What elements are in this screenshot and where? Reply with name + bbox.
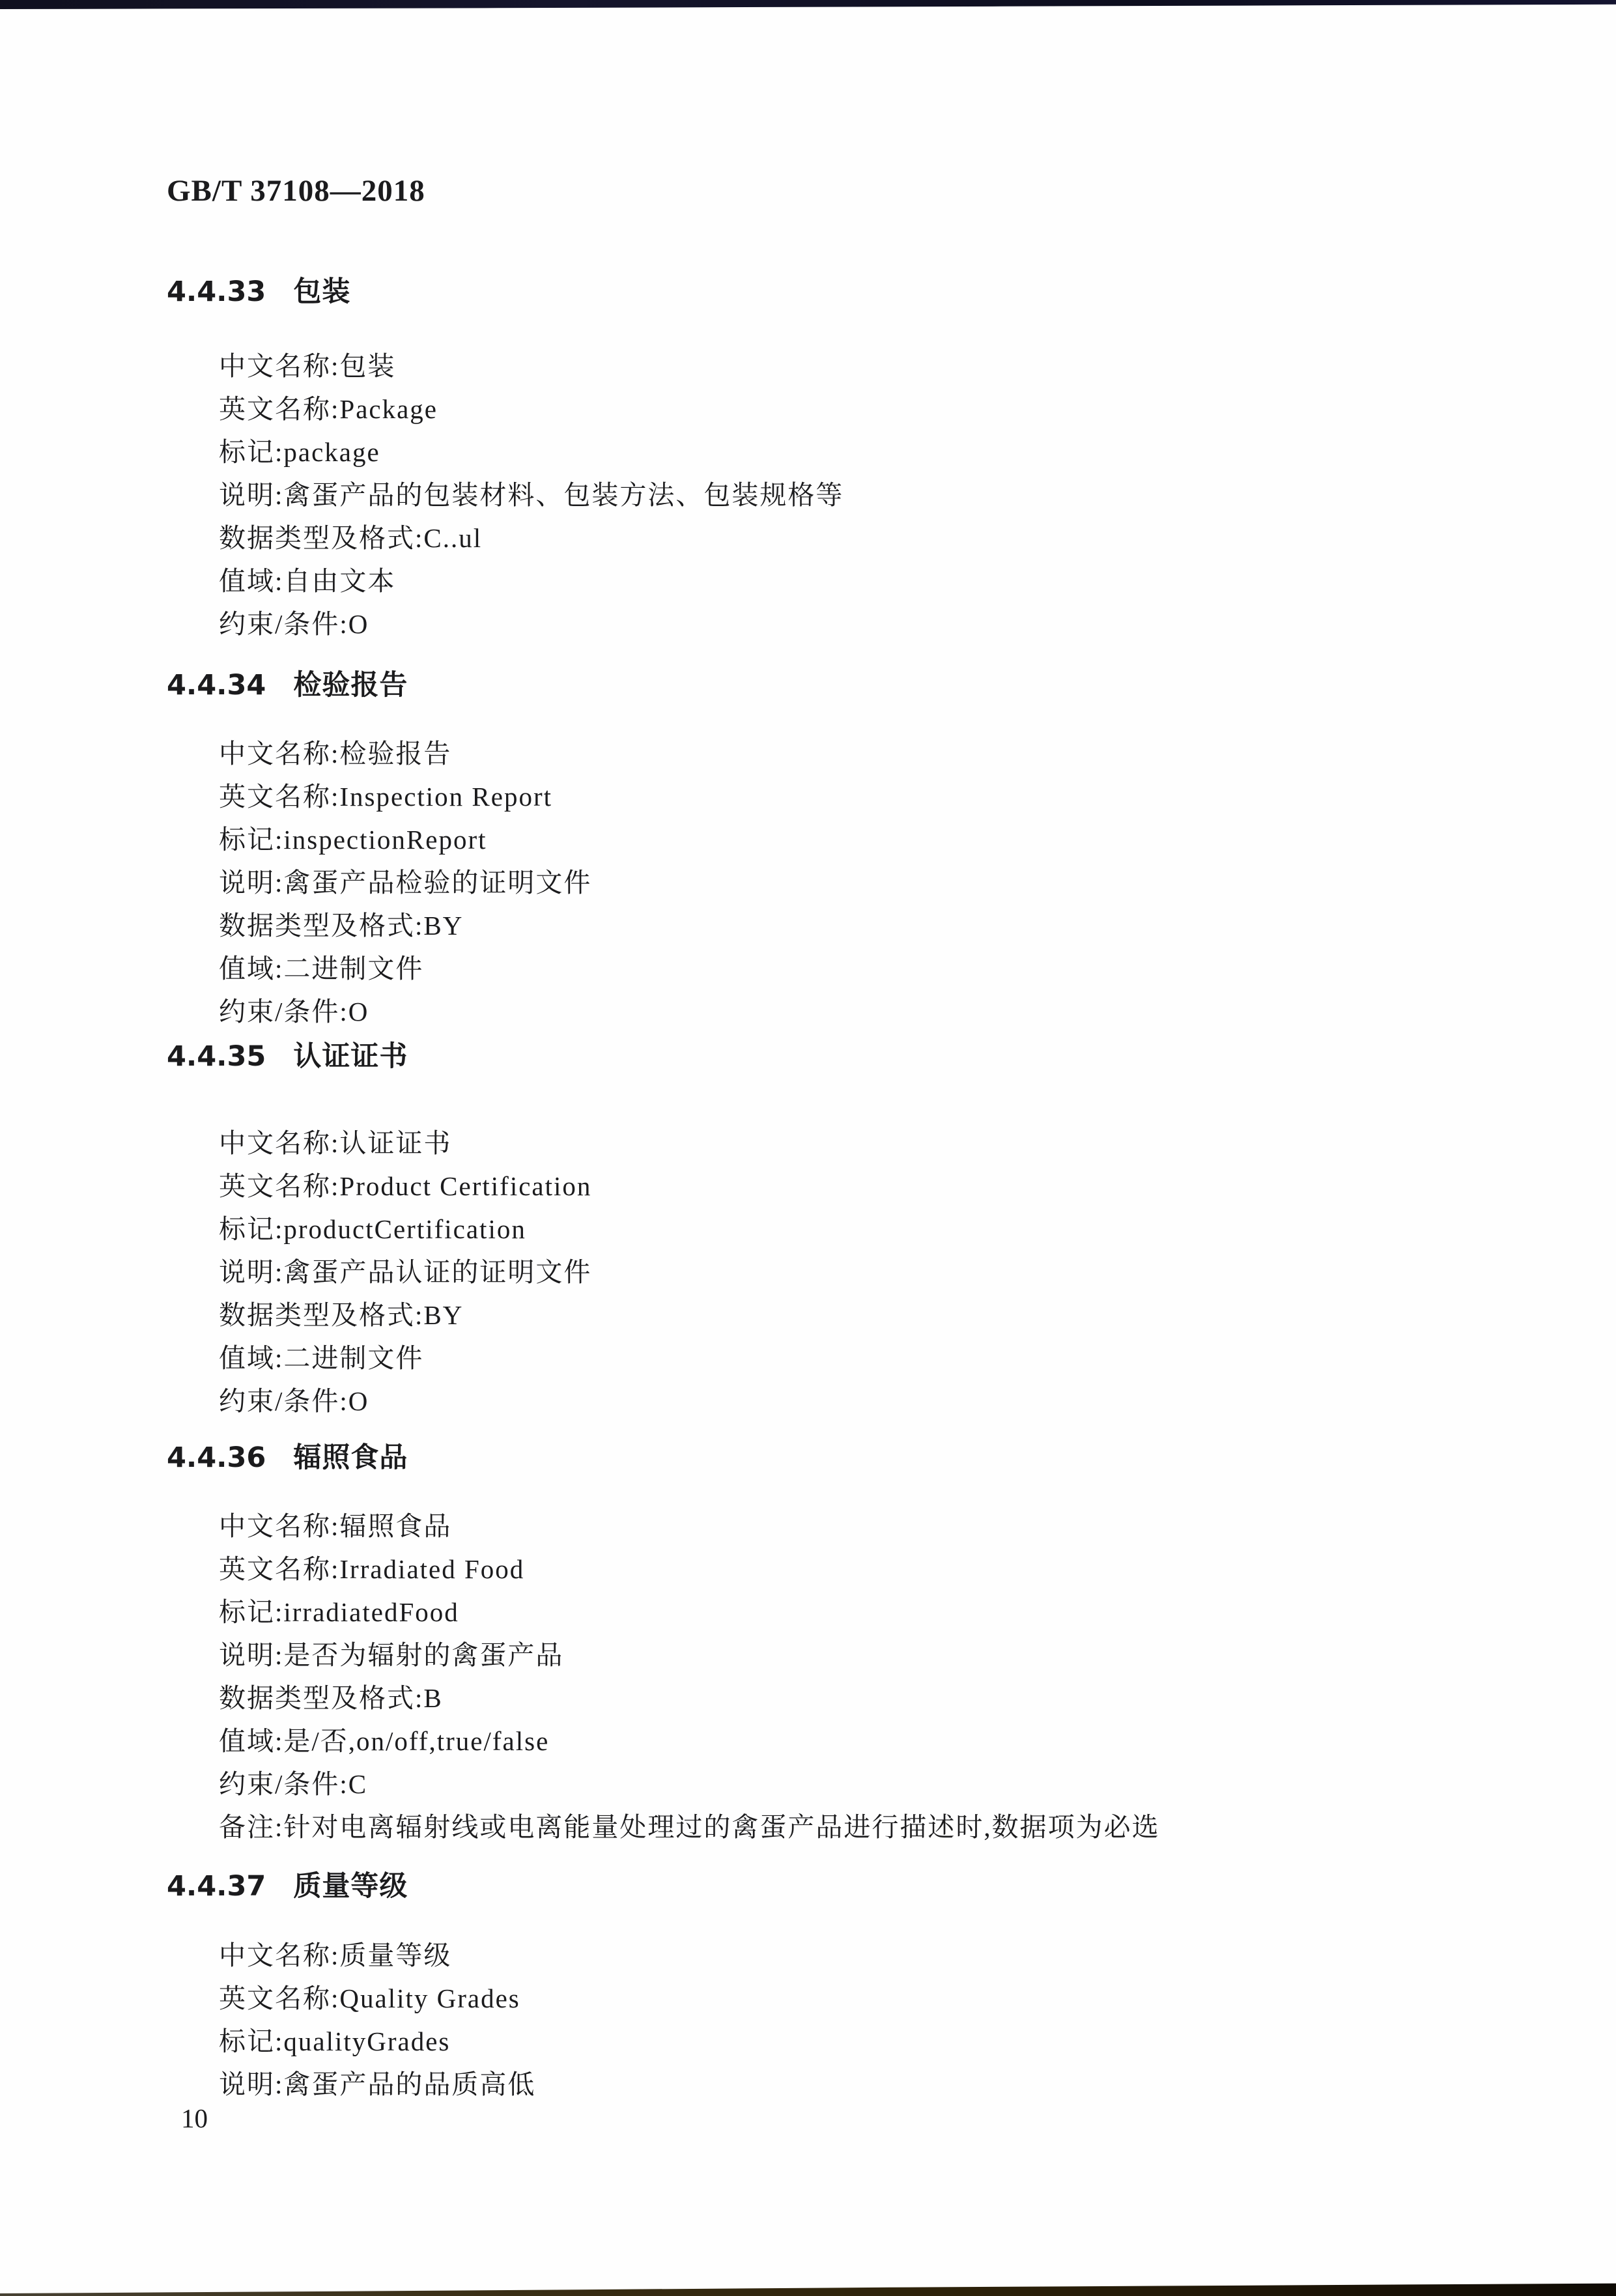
field-line: 标记:irradiatedFood — [219, 1591, 1499, 1634]
field-line: 值域:二进制文件 — [219, 1337, 1499, 1380]
section-number: 4.4.35 — [167, 1040, 266, 1073]
section-heading: 4.4.36辐照食品 — [167, 1439, 1499, 1476]
field-line: 中文名称:认证证书 — [219, 1122, 1499, 1165]
field-line: 中文名称:检验报告 — [219, 732, 1499, 775]
field-line: 英文名称:Irradiated Food — [219, 1548, 1499, 1591]
field-line: 数据类型及格式:C..ul — [219, 517, 1499, 560]
document-page: GB/T 37108—2018 4.4.33包装 中文名称:包装 英文名称:Pa… — [0, 0, 1616, 2296]
field-line: 数据类型及格式:BY — [219, 1294, 1499, 1337]
field-line: 数据类型及格式:BY — [219, 904, 1499, 947]
field-line: 约束/条件:O — [219, 1380, 1499, 1423]
field-line: 英文名称:Package — [219, 388, 1499, 431]
section-heading: 4.4.34检验报告 — [167, 667, 1499, 703]
section-number: 4.4.34 — [167, 669, 266, 702]
section-body: 中文名称:检验报告 英文名称:Inspection Report 标记:insp… — [219, 732, 1499, 1033]
scan-edge-bottom — [0, 2282, 1616, 2296]
section-4-4-36: 4.4.36辐照食品 中文名称:辐照食品 英文名称:Irradiated Foo… — [167, 1439, 1499, 1849]
field-line: 说明:是否为辐射的禽蛋产品 — [219, 1634, 1499, 1677]
section-number: 4.4.37 — [167, 1870, 266, 1903]
section-4-4-35: 4.4.35认证证书 中文名称:认证证书 英文名称:Product Certif… — [167, 1038, 1499, 1423]
field-line: 标记:package — [219, 431, 1499, 474]
section-title: 质量等级 — [293, 1870, 408, 1903]
field-line: 说明:禽蛋产品检验的证明文件 — [219, 861, 1499, 904]
section-number: 4.4.33 — [167, 276, 266, 308]
section-heading: 4.4.35认证证书 — [167, 1038, 1499, 1075]
field-line: 标记:qualityGrades — [219, 2020, 1499, 2063]
field-line: 说明:禽蛋产品的品质高低 — [219, 2063, 1499, 2106]
field-line: 中文名称:质量等级 — [219, 1934, 1499, 1977]
section-body: 中文名称:质量等级 英文名称:Quality Grades 标记:quality… — [219, 1934, 1499, 2106]
section-4-4-37: 4.4.37质量等级 中文名称:质量等级 英文名称:Quality Grades… — [167, 1868, 1499, 2106]
section-heading: 4.4.33包装 — [167, 274, 1499, 310]
field-line: 英文名称:Inspection Report — [219, 775, 1499, 818]
field-line: 值域:二进制文件 — [219, 947, 1499, 990]
field-line: 约束/条件:C — [219, 1763, 1499, 1806]
field-line: 备注:针对电离辐射线或电离能量处理过的禽蛋产品进行描述时,数据项为必选 — [219, 1806, 1499, 1849]
field-line: 标记:productCertification — [219, 1208, 1499, 1251]
field-line: 说明:禽蛋产品的包装材料、包装方法、包装规格等 — [219, 474, 1499, 517]
section-title: 认证证书 — [293, 1040, 408, 1073]
section-title: 辐照食品 — [293, 1441, 408, 1474]
section-heading: 4.4.37质量等级 — [167, 1868, 1499, 1905]
field-line: 说明:禽蛋产品认证的证明文件 — [219, 1251, 1499, 1294]
field-line: 值域:自由文本 — [219, 560, 1499, 602]
field-line: 中文名称:辐照食品 — [219, 1505, 1499, 1548]
field-line: 英文名称:Quality Grades — [219, 1977, 1499, 2020]
field-line: 值域:是/否,on/off,true/false — [219, 1720, 1499, 1763]
section-title: 检验报告 — [293, 669, 408, 702]
field-line: 数据类型及格式:B — [219, 1677, 1499, 1720]
doc-number: GB/T 37108—2018 — [167, 173, 425, 208]
field-line: 约束/条件:O — [219, 602, 1499, 645]
section-body: 中文名称:包装 英文名称:Package 标记:package 说明:禽蛋产品的… — [219, 345, 1499, 645]
scan-edge-top — [0, 0, 1616, 9]
section-body: 中文名称:认证证书 英文名称:Product Certification 标记:… — [219, 1122, 1499, 1423]
field-line: 英文名称:Product Certification — [219, 1165, 1499, 1208]
page-number: 10 — [181, 2099, 208, 2138]
section-number: 4.4.36 — [167, 1441, 266, 1474]
field-line: 约束/条件:O — [219, 990, 1499, 1033]
section-body: 中文名称:辐照食品 英文名称:Irradiated Food 标记:irradi… — [219, 1505, 1499, 1849]
section-title: 包装 — [293, 276, 350, 308]
section-4-4-34: 4.4.34检验报告 中文名称:检验报告 英文名称:Inspection Rep… — [167, 667, 1499, 1033]
section-4-4-33: 4.4.33包装 中文名称:包装 英文名称:Package 标记:package… — [167, 274, 1499, 645]
field-line: 中文名称:包装 — [219, 345, 1499, 388]
field-line: 标记:inspectionReport — [219, 818, 1499, 861]
